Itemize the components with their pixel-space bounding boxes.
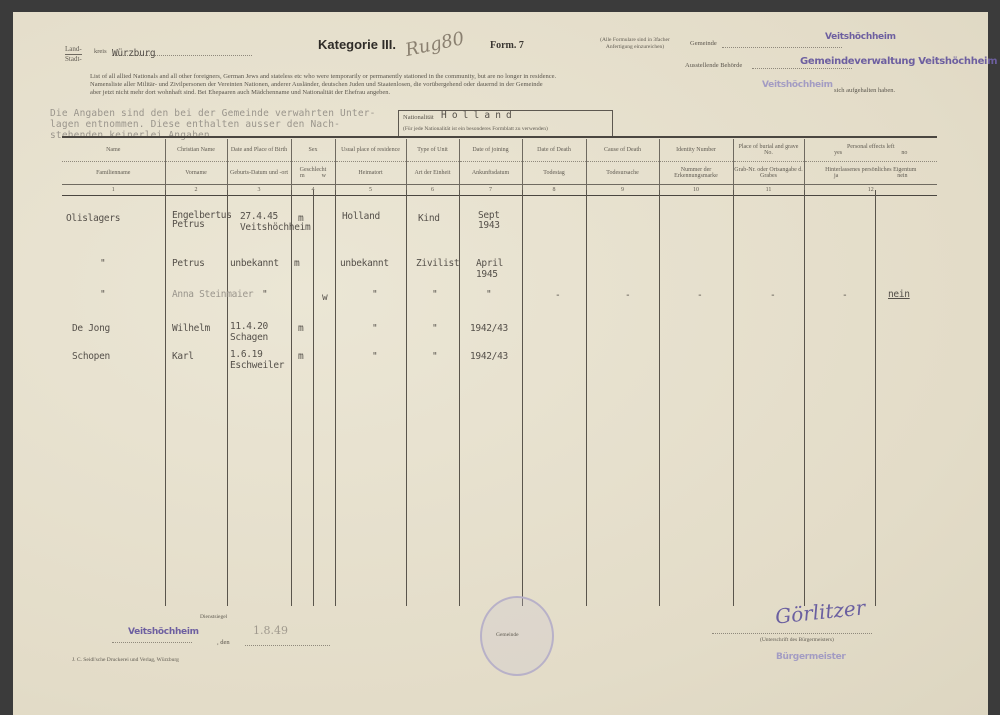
col-header-death-date-de: Todestag bbox=[522, 162, 586, 185]
col-divider bbox=[733, 190, 734, 606]
typed-note-line-1: Die Angaben sind den bei der Gemeinde ve… bbox=[50, 108, 376, 119]
birth-place: Eschweiler bbox=[230, 360, 284, 371]
form-number: Form. 7 bbox=[490, 40, 524, 51]
nationality-value: H o l l a n d bbox=[441, 110, 511, 121]
effects-ja: ja bbox=[834, 173, 838, 179]
col-header-unit-de: Art der Einheit bbox=[406, 162, 459, 185]
cell-first: Wilhelm bbox=[172, 323, 210, 334]
col-num-3: 3 bbox=[227, 185, 291, 196]
cell-birth: " bbox=[262, 289, 267, 300]
behoerde-field bbox=[752, 68, 852, 69]
col-header-joining-de: Ankunftsdatum bbox=[459, 162, 522, 185]
col-num-7: 7 bbox=[459, 185, 522, 196]
cell-joined: " bbox=[486, 289, 491, 300]
col-header-identity: Identity Number bbox=[659, 139, 733, 162]
col-header-residence-de: Heimatort bbox=[335, 162, 406, 185]
printer-line: J. C. Seidl'sche Druckerei und Verlag, W… bbox=[72, 657, 179, 664]
cell-name: Schopen bbox=[72, 351, 110, 362]
cell-unit: Zivilist bbox=[416, 258, 459, 269]
col-divider bbox=[227, 190, 228, 606]
col-divider bbox=[165, 190, 166, 606]
col-divider bbox=[875, 190, 876, 606]
cell-first: EngelbertusPetrus bbox=[172, 211, 232, 229]
col-header-effects: Personal effects left yes no bbox=[804, 139, 937, 162]
stadt-label: Stadt- bbox=[65, 54, 82, 64]
behoerde-label: Ausstellende Behörde bbox=[685, 62, 742, 70]
col-header-burial-de: Grab-Nr. oder Ortsangabe d. Grabes bbox=[733, 162, 804, 185]
cell-death: - bbox=[555, 290, 560, 301]
col-divider bbox=[291, 190, 292, 606]
joined-line-1: April bbox=[476, 258, 503, 269]
signature-label: (Unterschrift des Bürgermeisters) bbox=[760, 637, 834, 644]
den-label: , den bbox=[217, 639, 230, 647]
register-table-header: Name Christian Name Date and Place of Bi… bbox=[62, 139, 937, 196]
intro-text: List of all allied Nationals and all oth… bbox=[90, 73, 700, 97]
birth-place: Schagen bbox=[230, 332, 268, 343]
page-title: Kategorie III. bbox=[318, 37, 396, 52]
dienstsiegel-label: Dienstsiegel bbox=[200, 614, 227, 621]
aufgehalten-stamp: Veitshöchheim bbox=[762, 80, 833, 90]
col-header-name-de: Familienname bbox=[62, 162, 165, 185]
cell-birth: unbekannt bbox=[230, 258, 279, 269]
cell-residence: unbekannt bbox=[340, 258, 389, 269]
behoerde-stamp: Gemeindeverwaltung Veitshöchheim bbox=[800, 56, 997, 67]
cell-unit: Kind bbox=[418, 213, 440, 224]
col-num-10: 10 bbox=[659, 185, 733, 196]
official-seal: Gemeinde bbox=[480, 596, 554, 676]
col-header-death-date: Date of Death bbox=[522, 139, 586, 162]
nationality-box: Nationalität H o l l a n d (Für jede Nat… bbox=[398, 110, 613, 138]
cell-joined: 1942/43 bbox=[470, 323, 508, 334]
col-header-birth: Date and Place of Birth bbox=[227, 139, 291, 162]
place-field bbox=[112, 642, 192, 643]
cell-sex-m: m bbox=[294, 258, 299, 269]
cell-name: " bbox=[100, 289, 105, 300]
col-num-6: 6 bbox=[406, 185, 459, 196]
col-header-death-cause-de: Todesursache bbox=[586, 162, 659, 185]
col-header-identity-de: Nummer der Erkennungsmarke bbox=[659, 162, 733, 185]
effects-ja-nein: ja nein bbox=[805, 173, 938, 179]
cell-cause: - bbox=[625, 290, 630, 301]
col-num-1: 1 bbox=[62, 185, 165, 196]
col-num-9: 9 bbox=[586, 185, 659, 196]
cell-joined: Sept1943 bbox=[478, 211, 500, 231]
col-header-residence: Usual place of residence bbox=[335, 139, 406, 162]
sex-subcols: m w bbox=[292, 173, 335, 179]
cell-residence: " bbox=[372, 351, 377, 362]
land-label: Land- bbox=[65, 45, 82, 54]
cell-birth: 11.4.20Schagen bbox=[230, 321, 268, 343]
signature-line bbox=[712, 633, 872, 634]
col-divider bbox=[335, 190, 336, 606]
col-divider bbox=[522, 190, 523, 606]
sex-w-label: w bbox=[322, 173, 326, 179]
cell-residence: " bbox=[372, 323, 377, 334]
cell-joined: 1942/43 bbox=[470, 351, 508, 362]
col-header-death-cause: Cause of Death bbox=[586, 139, 659, 162]
col-header-name: Name bbox=[62, 139, 165, 162]
date-value: 1.8.49 bbox=[253, 624, 288, 637]
cell-first: Karl bbox=[172, 351, 194, 362]
gemeinde-stamp: Veitshöchheim bbox=[825, 32, 896, 42]
cell-unit: " bbox=[432, 351, 437, 362]
col-header-joining: Date of joining bbox=[459, 139, 522, 162]
effects-nein: nein bbox=[897, 173, 907, 179]
col-header-sex-de: Geschlecht m w bbox=[291, 162, 335, 185]
col-header-effects-de: Hinterlassenes persönliches Eigentum ja … bbox=[804, 162, 937, 185]
cell-sex-m: m bbox=[298, 351, 303, 362]
typed-note-line-2: lagen entnommen. Diese enthalten ausser … bbox=[50, 119, 376, 130]
cell-unit: " bbox=[432, 323, 437, 334]
joined-line-2: 1945 bbox=[476, 269, 503, 280]
cell-residence: Holland bbox=[342, 211, 380, 222]
effects-yes: yes bbox=[834, 150, 842, 156]
intro-german-2: aber jetzt nicht mehr dort wohnhaft sind… bbox=[90, 89, 700, 97]
cell-birth: 1.6.19Eschweiler bbox=[230, 349, 284, 371]
col-num-8: 8 bbox=[522, 185, 586, 196]
cell-residence: " bbox=[372, 289, 377, 300]
col-header-unit: Type of Unit bbox=[406, 139, 459, 162]
behoerde-stamp-text: Gemeindeverwaltung Veitshöchheim bbox=[800, 56, 997, 67]
gemeinde-field bbox=[722, 47, 842, 48]
landkreis-field: Würzburg bbox=[112, 43, 252, 56]
col-header-burial: Place of burial and grave No. bbox=[733, 139, 804, 162]
birth-date: 11.4.20 bbox=[230, 321, 268, 332]
cell-sex-m: m bbox=[298, 323, 303, 334]
col-header-birth-de: Geburts-Datum und -ort bbox=[227, 162, 291, 185]
col-num-5: 5 bbox=[335, 185, 406, 196]
role-stamp: Bürgermeister bbox=[776, 652, 846, 662]
col-divider bbox=[459, 190, 460, 606]
first-line-2: Petrus bbox=[172, 220, 232, 229]
aufgehalten-text: sich aufgehalten haben. bbox=[834, 87, 895, 95]
col-header-christian-name: Christian Name bbox=[165, 139, 227, 162]
landkreis-value: Würzburg bbox=[112, 48, 155, 59]
cell-name: De Jong bbox=[72, 323, 110, 334]
col-num-11: 11 bbox=[733, 185, 804, 196]
seal-label: Gemeinde bbox=[496, 632, 519, 639]
intro-english: List of all allied Nationals and all oth… bbox=[90, 73, 700, 81]
date-field bbox=[245, 645, 330, 646]
cell-effects-no: nein bbox=[888, 289, 910, 300]
cell-effects-yes: - bbox=[842, 290, 847, 301]
sex-m-label: m bbox=[300, 173, 305, 179]
cell-first: Petrus bbox=[172, 258, 205, 269]
col-divider bbox=[586, 190, 587, 606]
table-top-rule bbox=[62, 136, 937, 138]
birth-date: 1.6.19 bbox=[230, 349, 284, 360]
joined-line-2: 1943 bbox=[478, 221, 500, 231]
effects-no: no bbox=[901, 150, 907, 156]
col-num-12: 12 bbox=[804, 185, 937, 196]
cell-unit: " bbox=[432, 289, 437, 300]
intro-german-1: Namensliste aller Militär- und Zivilpers… bbox=[90, 81, 700, 89]
cell-id: - bbox=[697, 290, 702, 301]
cell-joined: April1945 bbox=[476, 258, 503, 280]
nationality-label: Nationalität bbox=[403, 114, 434, 122]
kreis-suffix: kreis bbox=[94, 48, 107, 56]
cell-name: " bbox=[100, 258, 105, 269]
cell-sex-m: m bbox=[298, 213, 303, 224]
cell-sex-w: w bbox=[322, 292, 327, 303]
gemeinde-label: Gemeinde bbox=[690, 40, 717, 48]
cell-first: Anna Steinmaier bbox=[172, 289, 253, 300]
col-header-sex: Sex bbox=[291, 139, 335, 162]
cell-grave: - bbox=[770, 290, 775, 301]
col-divider bbox=[406, 190, 407, 606]
col-num-2: 2 bbox=[165, 185, 227, 196]
cell-name: Olislagers bbox=[66, 213, 120, 224]
landkreis-label: Land- Stadt- bbox=[65, 45, 82, 64]
place-stamp: Veitshöchheim bbox=[128, 627, 199, 637]
form-note: (Alle Formulare sind in 3facher Anfertig… bbox=[590, 37, 680, 51]
col-divider bbox=[804, 190, 805, 606]
col-divider bbox=[313, 190, 314, 606]
col-header-christian-name-de: Vorname bbox=[165, 162, 227, 185]
effects-yes-no: yes no bbox=[805, 150, 938, 156]
col-divider bbox=[659, 190, 660, 606]
nationality-note: (Für jede Nationalität ist ein besondere… bbox=[403, 126, 548, 133]
